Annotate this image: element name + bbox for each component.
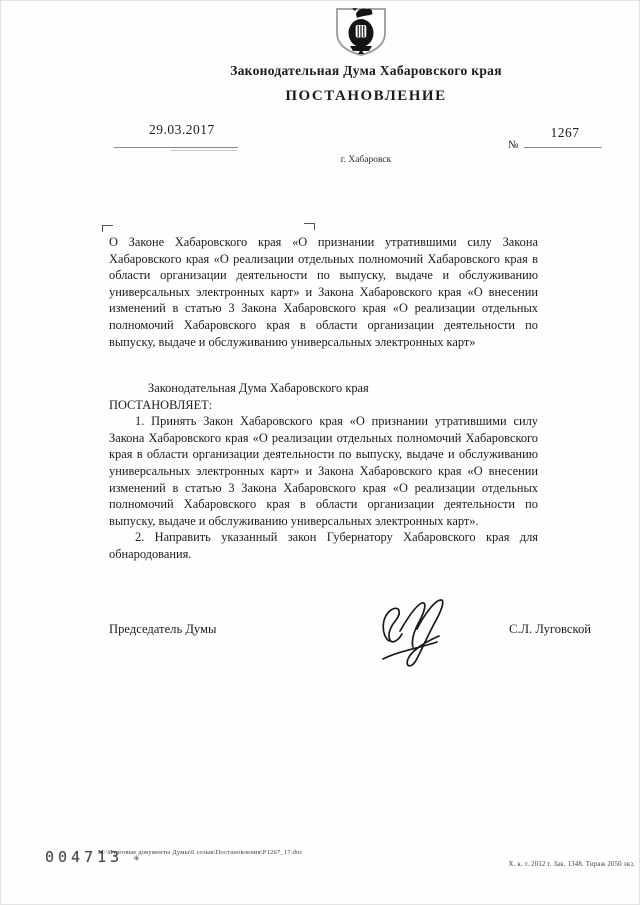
print-run-note: Х. к. т. 2012 г. Зак. 1348. Тираж 2050 э… — [431, 861, 635, 868]
body-resolve-word: ПОСТАНОВЛЯЕТ: — [109, 397, 538, 414]
document-body: Законодательная Дума Хабаровского края П… — [109, 380, 538, 563]
number-sign: № — [508, 139, 519, 151]
date-underline-artifact — [171, 150, 237, 151]
body-intro-line: Законодательная Дума Хабаровского края — [109, 380, 538, 397]
document-title: О Законе Хабаровского края «О признании … — [109, 234, 538, 350]
asterisk-mark-icon: ✳ — [133, 854, 140, 863]
title-corner-mark-left — [102, 225, 113, 232]
organization-name: Законодательная Дума Хабаровского края — [116, 63, 616, 79]
date-underline — [114, 147, 238, 148]
coat-of-arms-icon — [332, 5, 390, 57]
title-corner-mark-right — [304, 223, 315, 230]
signer-position: Председатель Думы — [109, 622, 216, 637]
document-type-heading: ПОСТАНОВЛЕНИЕ — [116, 88, 616, 105]
document-place: г. Хабаровск — [116, 155, 616, 165]
signature-icon — [375, 597, 467, 669]
number-underline — [524, 147, 602, 148]
body-item-2: 2. Направить указанный закон Губернатору… — [109, 529, 538, 562]
document-number: 1267 — [528, 125, 602, 141]
document-page: Законодательная Дума Хабаровского края П… — [0, 0, 640, 905]
document-date: 29.03.2017 — [149, 122, 215, 138]
signer-name: С.Л. Луговской — [509, 622, 591, 637]
body-item-1: 1. Принять Закон Хабаровского края «О пр… — [109, 413, 538, 529]
